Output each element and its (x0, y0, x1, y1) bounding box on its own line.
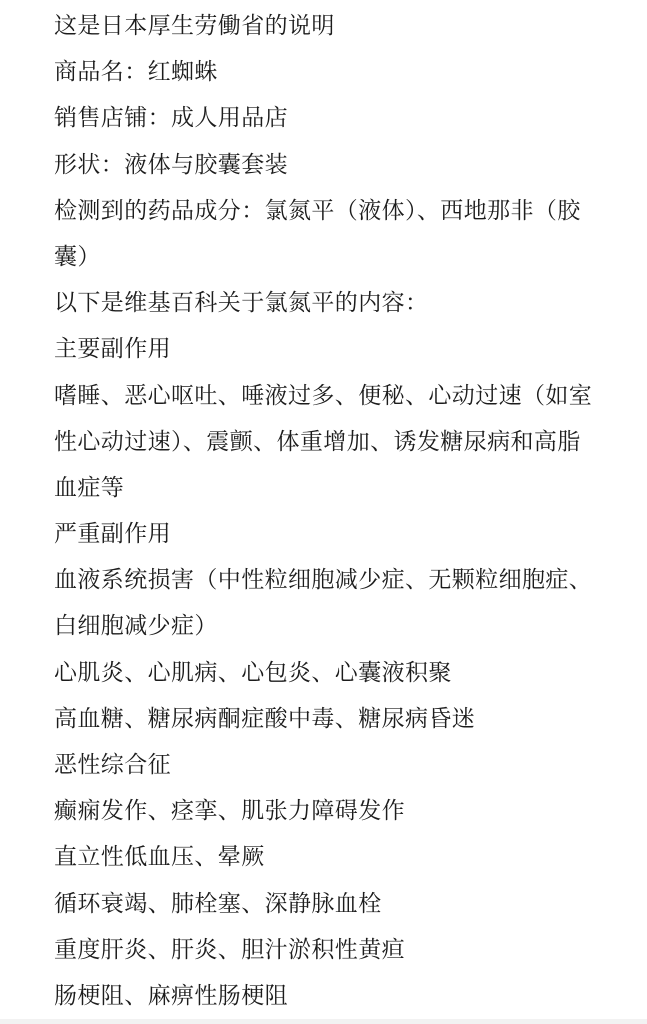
form-line: 形状：液体与胶囊套装 (54, 142, 644, 188)
serious-effect-circulation: 循环衰竭、肺栓塞、深静脉血栓 (54, 881, 644, 927)
serious-effect-blood-cont: 白细胞减少症） (54, 603, 644, 649)
serious-effect-heart: 心肌炎、心肌病、心包炎、心囊液积聚 (54, 650, 644, 696)
main-side-effects-text-end: 血症等 (54, 465, 644, 511)
serious-effect-ileus: 肠梗阻、麻痹性肠梗阻 (54, 973, 644, 1019)
main-side-effects-heading: 主要副作用 (54, 326, 644, 372)
wikipedia-intro-line: 以下是维基百科关于氯氮平的内容： (54, 280, 644, 326)
serious-effect-seizure: 癫痫发作、痉挛、肌张力障碍发作 (54, 788, 644, 834)
serious-side-effects-heading: 严重副作用 (54, 511, 644, 557)
serious-effect-blood: 血液系统损害（中性粒细胞减少症、无颗粒细胞症、 (54, 557, 644, 603)
product-name-line: 商品名：红蜘蛛 (54, 49, 644, 95)
document-body: 这是日本厚生劳働省的说明 商品名：红蜘蛛 销售店铺：成人用品店 形状：液体与胶囊… (54, 3, 644, 1019)
main-side-effects-text-cont: 性心动过速）、震颤、体重增加、诱发糖尿病和高脂 (54, 419, 644, 465)
serious-effect-nms: 恶性综合征 (54, 742, 644, 788)
serious-effect-liver: 重度肝炎、肝炎、胆汁淤积性黄疸 (54, 927, 644, 973)
serious-effect-glucose: 高血糖、糖尿病酮症酸中毒、糖尿病昏迷 (54, 696, 644, 742)
main-side-effects-text: 嗜睡、恶心呕吐、唾液过多、便秘、心动过速（如室 (54, 373, 644, 419)
bottom-divider (0, 1019, 647, 1024)
ingredients-line-cont: 囊） (54, 234, 644, 280)
ingredients-line: 检测到的药品成分：氯氮平（液体）、西地那非（胶 (54, 188, 644, 234)
store-line: 销售店铺：成人用品店 (54, 95, 644, 141)
serious-effect-hypotension: 直立性低血压、晕厥 (54, 834, 644, 880)
intro-line: 这是日本厚生劳働省的说明 (54, 3, 644, 49)
